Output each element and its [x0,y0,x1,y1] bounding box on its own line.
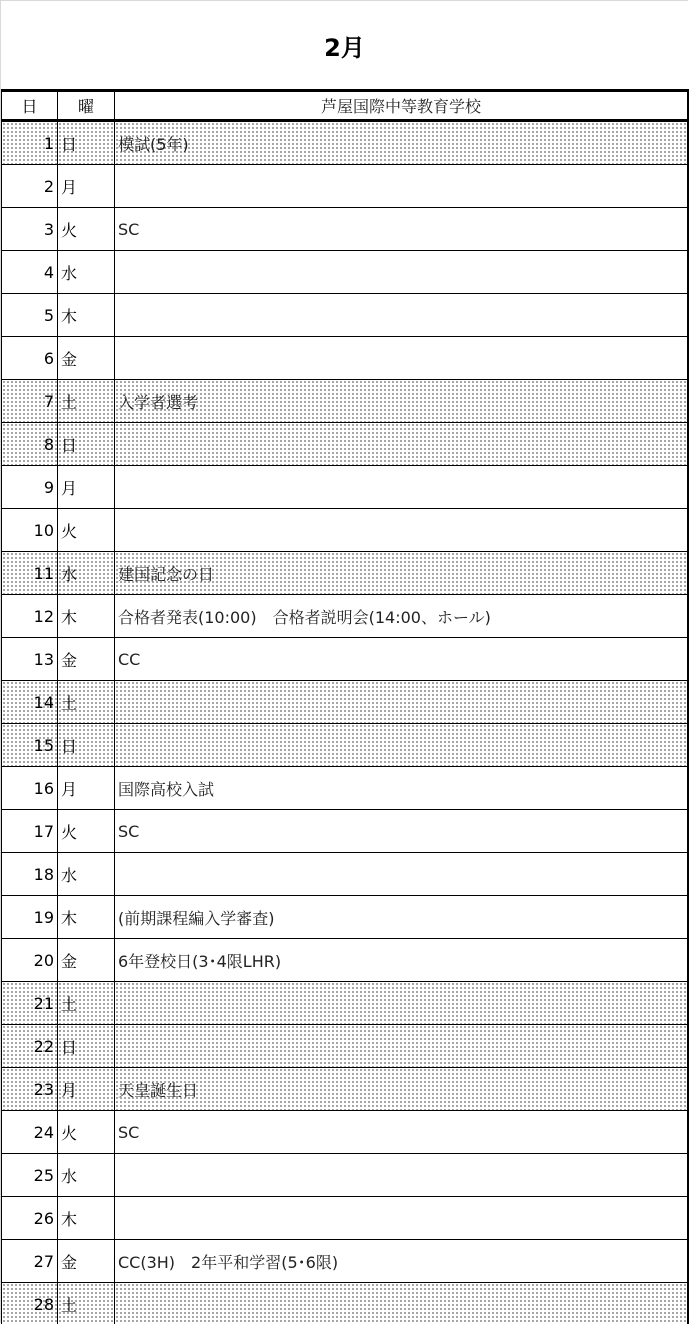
day-cell: 14 [2,681,58,723]
weekday-cell: 木 [58,294,115,336]
event-cell [115,1025,687,1067]
weekday-cell: 土 [58,681,115,723]
event-cell: CC [115,638,687,680]
weekday-cell: 木 [58,595,115,637]
event-cell [115,466,687,508]
table-row: 7土入学者選考 [2,380,687,423]
month-title: 2月 [0,28,689,63]
event-cell: 国際高校入試 [115,767,687,809]
weekday-cell: 土 [58,380,115,422]
table-row: 23月天皇誕生日 [2,1068,687,1111]
table-row: 10火 [2,509,687,552]
event-cell [115,423,687,465]
weekday-cell: 土 [58,982,115,1024]
day-cell: 3 [2,208,58,250]
table-row: 19木(前期課程編入学審査) [2,896,687,939]
table-row: 27金CC(3H) 2年平和学習(5･6限) [2,1240,687,1283]
weekday-cell: 日 [58,724,115,766]
calendar-table: 日 曜 芦屋国際中等教育学校 1日模試(5年)2月3火SC4水5木6金7土入学者… [1,89,689,1324]
event-cell: 建国記念の日 [115,552,687,594]
table-row: 21土 [2,982,687,1025]
day-cell: 17 [2,810,58,852]
table-row: 14土 [2,681,687,724]
table-row: 22日 [2,1025,687,1068]
event-cell [115,1197,687,1239]
event-cell: SC [115,1111,687,1153]
table-row: 4水 [2,251,687,294]
event-cell [115,681,687,723]
weekday-cell: 水 [58,853,115,895]
weekday-cell: 木 [58,896,115,938]
weekday-cell: 月 [58,767,115,809]
day-cell: 19 [2,896,58,938]
day-cell: 7 [2,380,58,422]
event-cell [115,724,687,766]
table-body: 1日模試(5年)2月3火SC4水5木6金7土入学者選考8日9月10火11水建国記… [2,122,687,1324]
weekday-cell: 月 [58,1068,115,1110]
event-cell: 天皇誕生日 [115,1068,687,1110]
event-cell [115,251,687,293]
event-cell [115,982,687,1024]
event-cell [115,165,687,207]
event-cell [115,509,687,551]
table-row: 9月 [2,466,687,509]
day-cell: 8 [2,423,58,465]
day-cell: 15 [2,724,58,766]
weekday-cell: 火 [58,1111,115,1153]
weekday-cell: 水 [58,552,115,594]
day-cell: 22 [2,1025,58,1067]
table-row: 13金CC [2,638,687,681]
day-cell: 20 [2,939,58,981]
table-header-row: 日 曜 芦屋国際中等教育学校 [2,92,687,122]
weekday-cell: 月 [58,165,115,207]
weekday-cell: 月 [58,466,115,508]
day-cell: 11 [2,552,58,594]
event-cell: (前期課程編入学審査) [115,896,687,938]
day-cell: 23 [2,1068,58,1110]
table-row: 12木合格者発表(10:00) 合格者説明会(14:00、ホール) [2,595,687,638]
day-cell: 25 [2,1154,58,1196]
table-row: 5木 [2,294,687,337]
weekday-cell: 日 [58,122,115,164]
table-row: 8日 [2,423,687,466]
table-row: 6金 [2,337,687,380]
table-row: 25水 [2,1154,687,1197]
day-cell: 16 [2,767,58,809]
header-weekday: 曜 [58,92,115,119]
day-cell: 12 [2,595,58,637]
event-cell: CC(3H) 2年平和学習(5･6限) [115,1240,687,1282]
table-row: 16月国際高校入試 [2,767,687,810]
day-cell: 10 [2,509,58,551]
weekday-cell: 水 [58,1154,115,1196]
event-cell: 6年登校日(3･4限LHR) [115,939,687,981]
day-cell: 6 [2,337,58,379]
day-cell: 13 [2,638,58,680]
weekday-cell: 火 [58,509,115,551]
day-cell: 26 [2,1197,58,1239]
weekday-cell: 火 [58,810,115,852]
table-row: 3火SC [2,208,687,251]
event-cell [115,337,687,379]
weekday-cell: 火 [58,208,115,250]
header-school: 芦屋国際中等教育学校 [115,92,687,119]
weekday-cell: 木 [58,1197,115,1239]
weekday-cell: 土 [58,1283,115,1324]
weekday-cell: 金 [58,939,115,981]
table-row: 26木 [2,1197,687,1240]
table-row: 11水建国記念の日 [2,552,687,595]
weekday-cell: 日 [58,423,115,465]
event-cell: 模試(5年) [115,122,687,164]
table-row: 17火SC [2,810,687,853]
event-cell: 合格者発表(10:00) 合格者説明会(14:00、ホール) [115,595,687,637]
table-row: 1日模試(5年) [2,122,687,165]
table-row: 18水 [2,853,687,896]
day-cell: 1 [2,122,58,164]
event-cell: SC [115,208,687,250]
day-cell: 4 [2,251,58,293]
event-cell [115,1154,687,1196]
event-cell: SC [115,810,687,852]
table-row: 20金6年登校日(3･4限LHR) [2,939,687,982]
event-cell: 入学者選考 [115,380,687,422]
table-row: 15日 [2,724,687,767]
day-cell: 28 [2,1283,58,1324]
day-cell: 9 [2,466,58,508]
weekday-cell: 金 [58,638,115,680]
table-row: 2月 [2,165,687,208]
weekday-cell: 金 [58,337,115,379]
day-cell: 24 [2,1111,58,1153]
header-day: 日 [2,92,58,119]
table-row: 28土 [2,1283,687,1324]
day-cell: 5 [2,294,58,336]
weekday-cell: 金 [58,1240,115,1282]
day-cell: 2 [2,165,58,207]
weekday-cell: 水 [58,251,115,293]
day-cell: 18 [2,853,58,895]
event-cell [115,294,687,336]
table-row: 24火SC [2,1111,687,1154]
day-cell: 21 [2,982,58,1024]
event-cell [115,853,687,895]
weekday-cell: 日 [58,1025,115,1067]
day-cell: 27 [2,1240,58,1282]
event-cell [115,1283,687,1324]
